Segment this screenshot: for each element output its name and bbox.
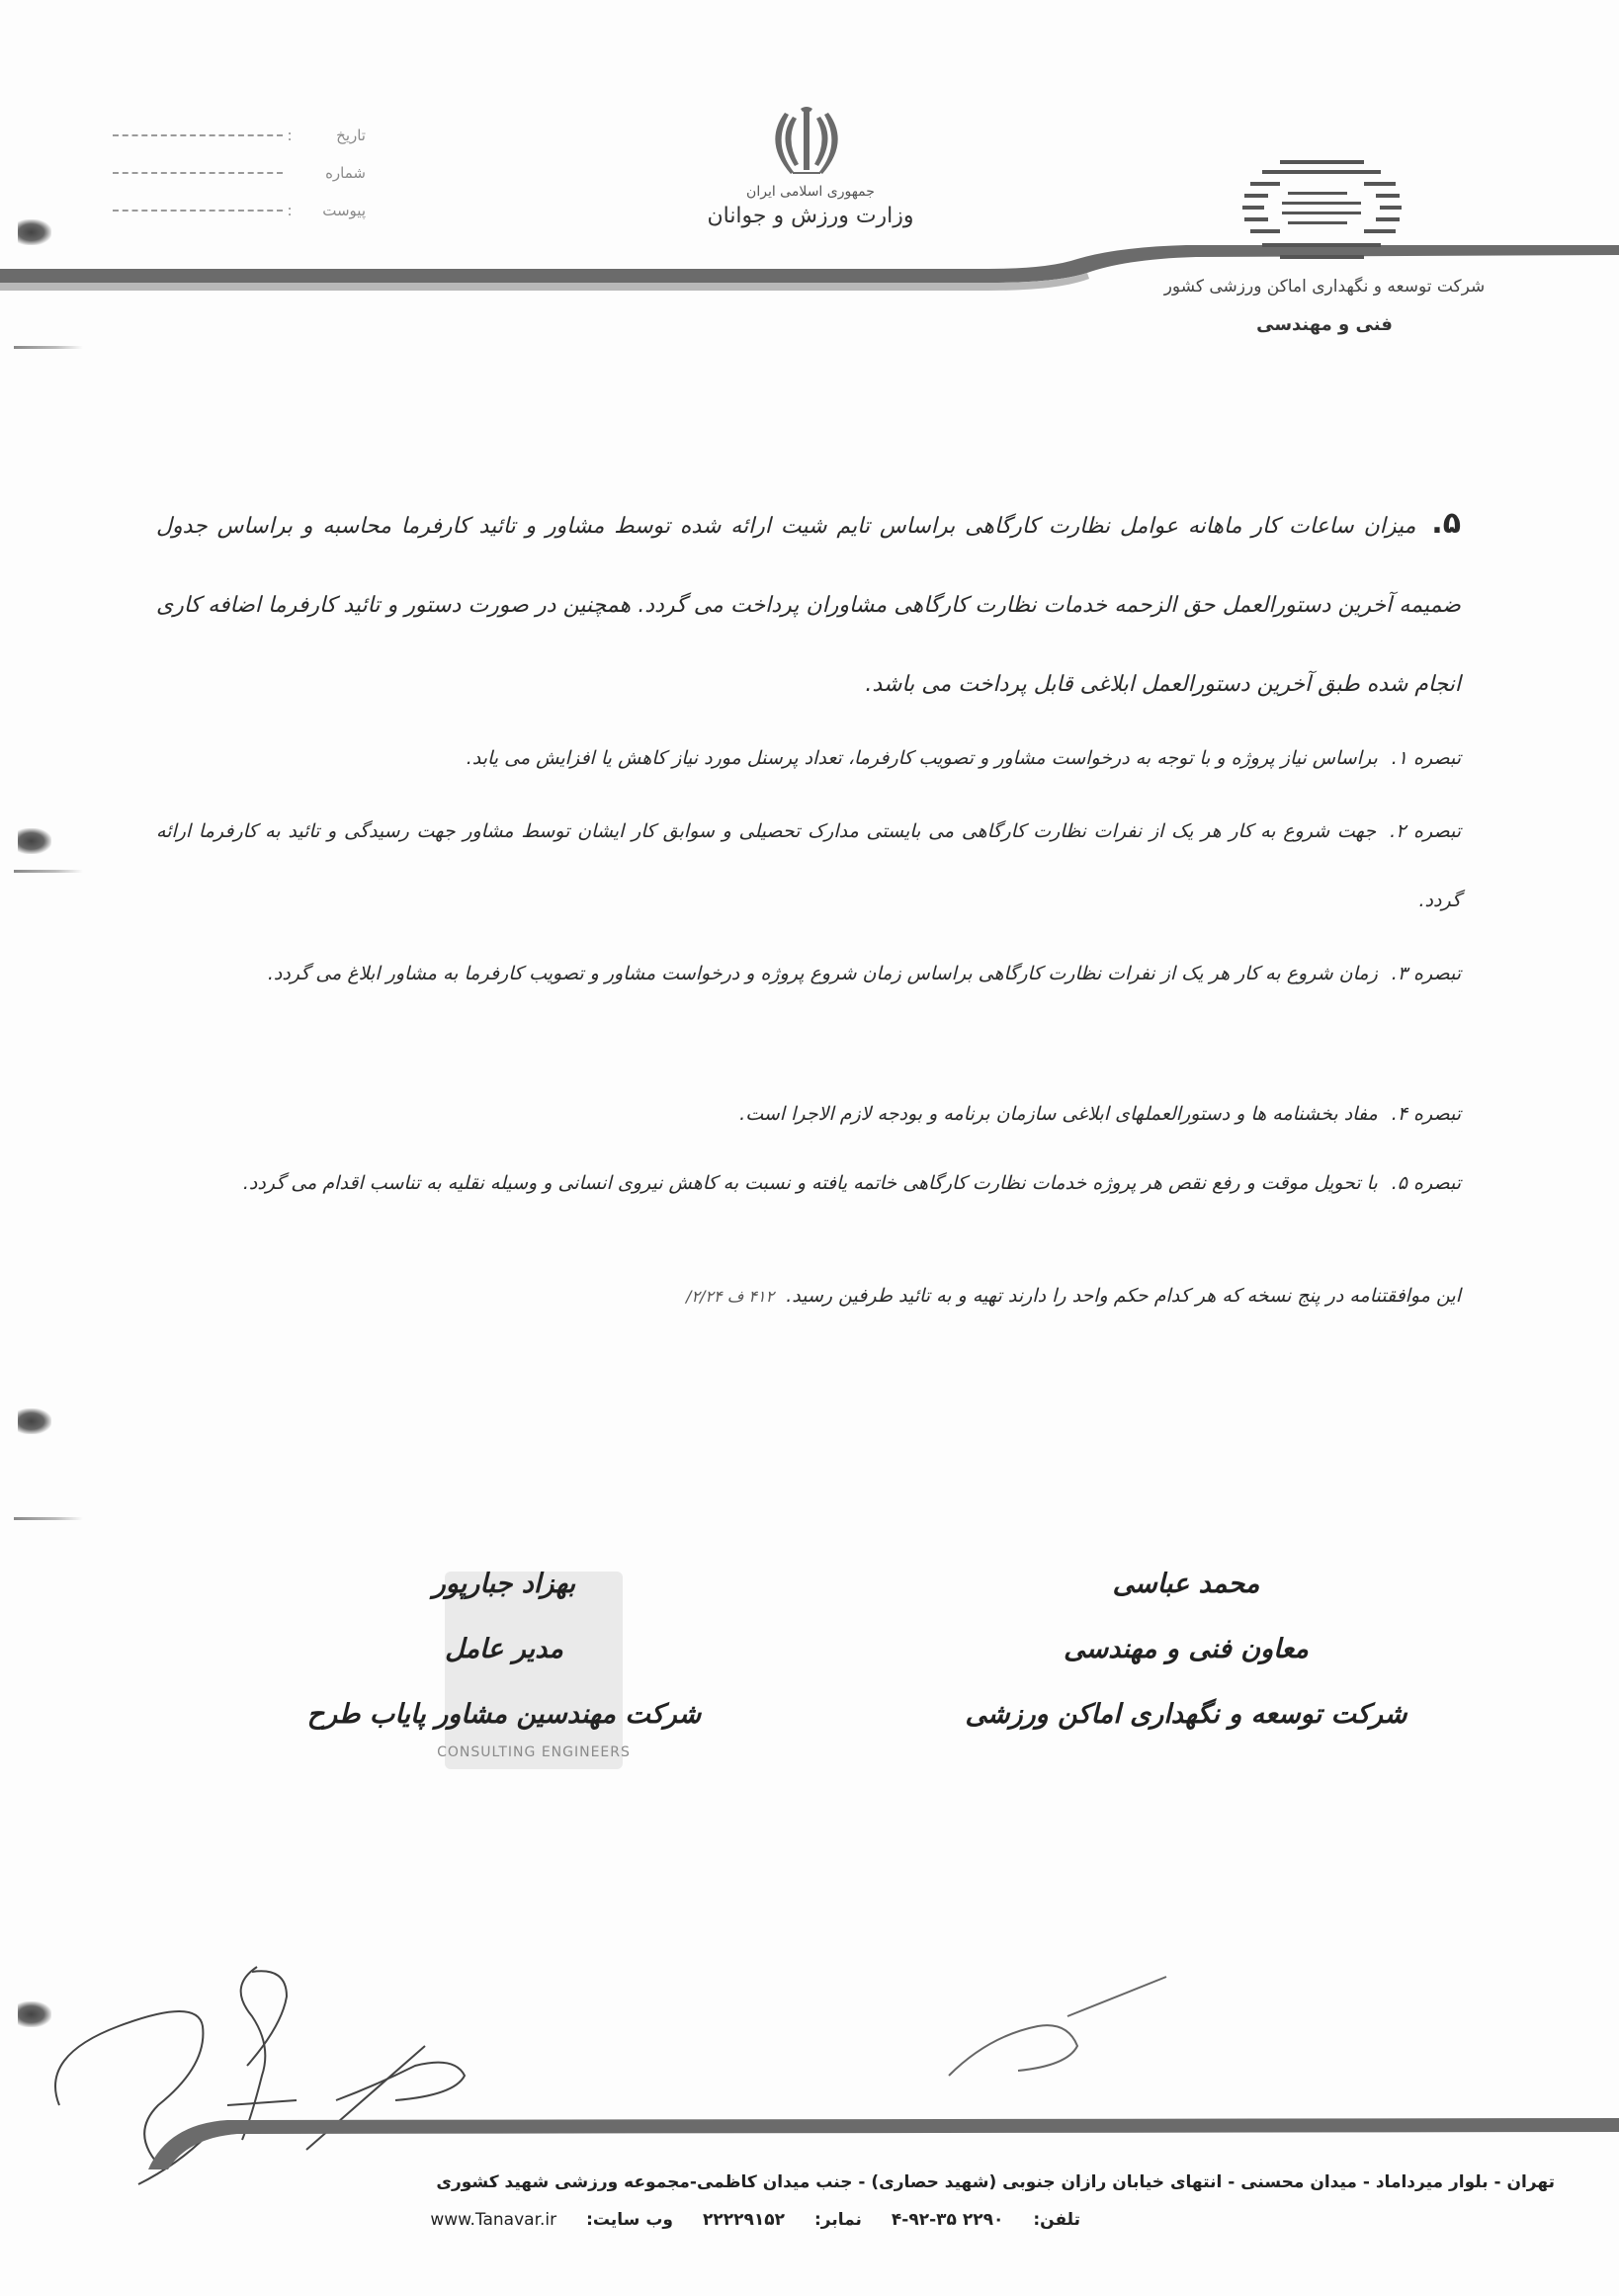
letter-meta-fields: تاریخ : شماره پیوست : (109, 117, 366, 229)
meta-colon: : (283, 202, 297, 219)
signatory-title: معاون فنی و مهندسی (890, 1617, 1483, 1682)
meta-date-row: تاریخ : (109, 117, 366, 154)
meta-attachment-line (113, 210, 283, 212)
punch-hole-mark (18, 219, 51, 245)
note-text: زمان شروع به کار هر یک از نفرات نظارت کا… (268, 963, 1378, 984)
note-5: تبصره ۵.با تحویل موقت و رفع نقص هر پروژه… (156, 1148, 1461, 1218)
phone-number: ۴-۹۲-۳۵ ۲۲۹۰ (892, 2210, 1003, 2230)
note-label: تبصره ۱. (1392, 747, 1461, 769)
clause-text: میزان ساعات کار ماهانه عوامل نظارت کارگا… (156, 514, 1461, 697)
meta-colon: : (283, 127, 297, 144)
note-text: با تحویل موقت و رفع نقص هر پروژه خدمات ن… (243, 1172, 1378, 1194)
meta-attachment-row: پیوست : (109, 192, 366, 229)
footer-decorative-band (148, 2110, 1619, 2169)
clause-number: ۵. (1431, 506, 1461, 541)
signatory-company: شرکت توسعه و نگهداری اماکن ورزشی (890, 1682, 1483, 1747)
meta-number-row: شماره (109, 154, 366, 192)
signatory-title: مدیر عامل (257, 1617, 751, 1682)
website-label: وب سایت: (586, 2210, 673, 2230)
phone-label: تلفن: (1033, 2210, 1080, 2230)
ministry-title: وزارت ورزش و جوانان (672, 204, 949, 228)
government-subtitle: جمهوری اسلامی ایران (692, 184, 929, 200)
note-label: تبصره ۳. (1392, 963, 1461, 984)
signature-block-left: بهزاد جبارپور مدیر عامل شرکت مهندسین مشا… (257, 1552, 751, 1747)
signature-block-right: محمد عباسی معاون فنی و مهندسی شرکت توسعه… (890, 1552, 1483, 1747)
signatory-name: محمد عباسی (890, 1552, 1483, 1617)
note-3: تبصره ۳.زمان شروع به کار هر یک از نفرات … (156, 939, 1461, 1008)
note-label: تبصره ۵. (1392, 1172, 1461, 1194)
handwritten-reference: ۴۱۲ ف ۲/۲۴/ (686, 1287, 774, 1306)
punch-hole-mark (18, 828, 51, 854)
note-text: براساس نیاز پروژه و با توجه به درخواست م… (467, 747, 1378, 769)
closing-statement: این موافقتنامه در پنج نسخه که هر کدام حک… (156, 1285, 1461, 1307)
fax-number: ۲۲۲۲۹۱۵۲ (703, 2210, 785, 2230)
meta-number-label: شماره (297, 164, 366, 182)
note-label: تبصره ۴. (1392, 1103, 1461, 1125)
note-text: مفاد بخشنامه ها و دستورالعملهای ابلاغی س… (739, 1103, 1378, 1125)
organization-name: شرکت توسعه و نگهداری اماکن ورزشی کشور (1127, 277, 1522, 297)
website-link[interactable]: www.Tanavar.ir (430, 2210, 556, 2230)
note-2: تبصره ۲.جهت شروع به کار هر یک از نفرات ن… (156, 797, 1461, 935)
binder-mark (14, 1517, 83, 1520)
document-page: تاریخ : شماره پیوست : جمهوری اسلامی ایرا… (0, 0, 1619, 2296)
iran-emblem-icon (771, 99, 842, 182)
striped-oval-logo-icon (1240, 158, 1404, 267)
meta-attachment-label: پیوست (297, 202, 366, 219)
note-1: تبصره ۱.براساس نیاز پروژه و با توجه به د… (156, 723, 1461, 793)
signatory-company: شرکت مهندسین مشاور پایاب طرح (257, 1682, 751, 1747)
footer-address: تهران - بلوار میرداماد - میدان محسنی - ا… (171, 2172, 1555, 2192)
clause-5-paragraph: ۵. میزان ساعات کار ماهانه عوامل نظارت کا… (156, 484, 1461, 724)
punch-hole-mark (18, 1408, 51, 1434)
organization-department: فنی و مهندسی (1226, 314, 1423, 335)
note-label: تبصره ۲. (1390, 820, 1461, 842)
signatory-name: بهزاد جبارپور (257, 1552, 751, 1617)
closing-text: این موافقتنامه در پنج نسخه که هر کدام حک… (786, 1285, 1461, 1307)
binder-mark (14, 346, 83, 349)
binder-mark (14, 870, 83, 873)
note-text: جهت شروع به کار هر یک از نفرات نظارت کار… (156, 820, 1461, 911)
meta-number-line (113, 172, 283, 174)
handwritten-signature-right-icon (929, 1967, 1255, 2105)
footer-contact-line: تلفن: ۴-۹۲-۳۵ ۲۲۹۰ نمابر: ۲۲۲۲۹۱۵۲ وب سا… (430, 2210, 1080, 2230)
fax-label: نمابر: (814, 2210, 862, 2230)
note-4: تبصره ۴.مفاد بخشنامه ها و دستورالعملهای … (156, 1079, 1461, 1148)
meta-date-label: تاریخ (297, 127, 366, 144)
meta-date-line (113, 134, 283, 136)
